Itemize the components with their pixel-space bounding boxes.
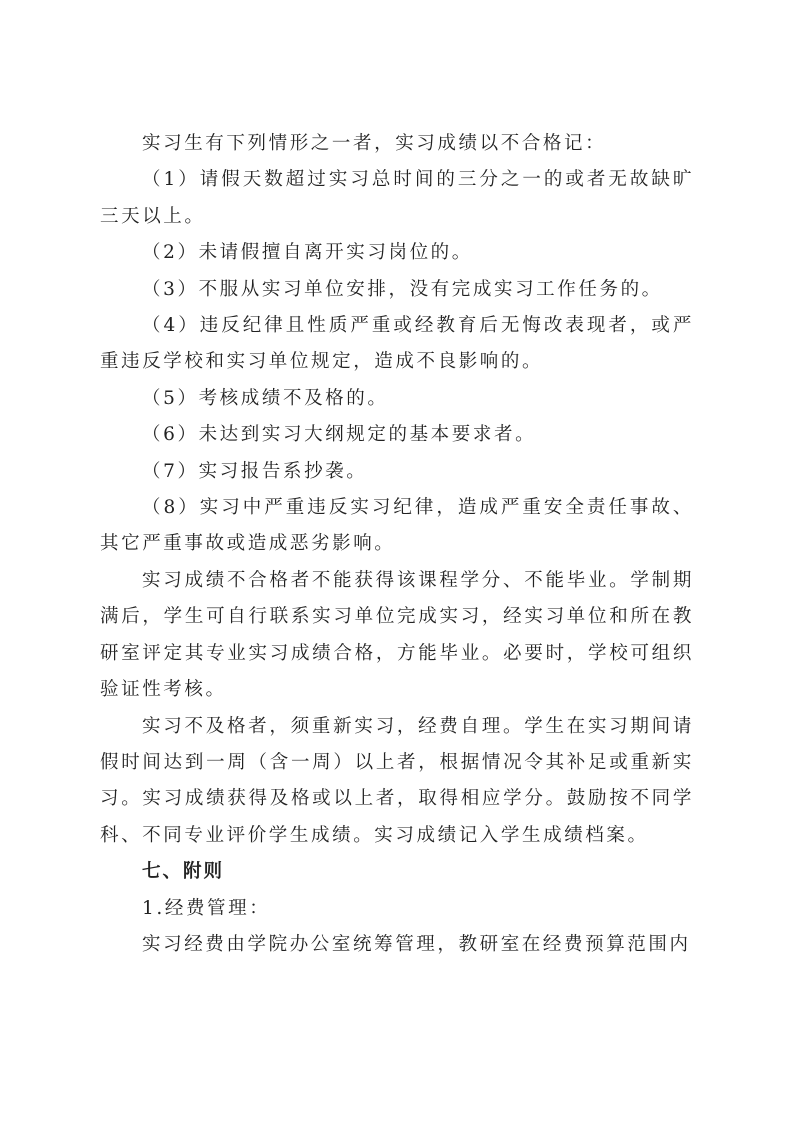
list-item: （7）实习报告系抄袭。 [100, 454, 694, 490]
list-item: （8）实习中严重违反实习纪律，造成严重安全责任事故、其它严重事故或造成恶劣影响。 [100, 490, 694, 563]
list-item: （6）未达到实习大纲规定的基本要求者。 [100, 417, 694, 453]
section-heading: 七、附则 [100, 854, 694, 890]
funding-paragraph: 实习经费由学院办公室统筹管理，教研室在经费预算范围内 [100, 927, 694, 963]
list-item: （5）考核成绩不及格的。 [100, 381, 694, 417]
intro-paragraph: 实习生有下列情形之一者，实习成绩以不合格记： [100, 126, 694, 162]
retake-paragraph: 实习不及格者，须重新实习，经费自理。学生在实习期间请假时间达到一周（含一周）以上… [100, 709, 694, 855]
subsection-heading: 1.经费管理： [100, 891, 694, 927]
fail-paragraph: 实习成绩不合格者不能获得该课程学分、不能毕业。学制期满后，学生可自行联系实习单位… [100, 563, 694, 709]
list-item: （2）未请假擅自离开实习岗位的。 [100, 235, 694, 271]
list-item: （3）不服从实习单位安排，没有完成实习工作任务的。 [100, 272, 694, 308]
list-item: （1）请假天数超过实习总时间的三分之一的或者无故缺旷三天以上。 [100, 162, 694, 235]
document-page: 实习生有下列情形之一者，实习成绩以不合格记： （1）请假天数超过实习总时间的三分… [100, 126, 694, 963]
list-item: （4）违反纪律且性质严重或经教育后无悔改表现者，或严重违反学校和实习单位规定，造… [100, 308, 694, 381]
